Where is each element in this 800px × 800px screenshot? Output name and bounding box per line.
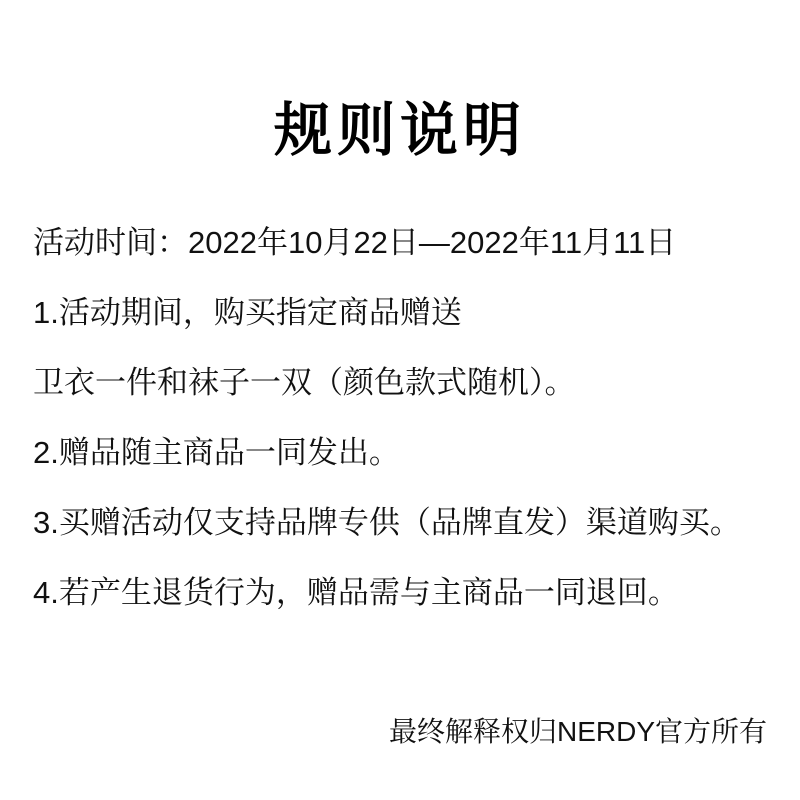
rule-3-line: 3.买赠活动仅支持品牌专供（品牌直发）渠道购买。 bbox=[33, 488, 780, 558]
rules-page: 规则说明 活动时间：2022年10月22日—2022年11月11日 1.活动期间… bbox=[0, 0, 800, 800]
rule-1-line-1: 1.活动期间，购买指定商品赠送 bbox=[33, 278, 780, 348]
rule-1-line-2: 卫衣一件和袜子一双（颜色款式随机）。 bbox=[33, 348, 780, 418]
rule-4-line: 4.若产生退货行为，赠品需与主商品一同退回。 bbox=[33, 558, 780, 628]
activity-time-line: 活动时间：2022年10月22日—2022年11月11日 bbox=[33, 208, 780, 278]
page-title: 规则说明 bbox=[0, 94, 800, 168]
disclaimer-text: 最终解释权归NERDY官方所有 bbox=[389, 712, 767, 752]
rules-content: 活动时间：2022年10月22日—2022年11月11日 1.活动期间，购买指定… bbox=[33, 208, 780, 628]
rule-2-line: 2.赠品随主商品一同发出。 bbox=[33, 418, 780, 488]
